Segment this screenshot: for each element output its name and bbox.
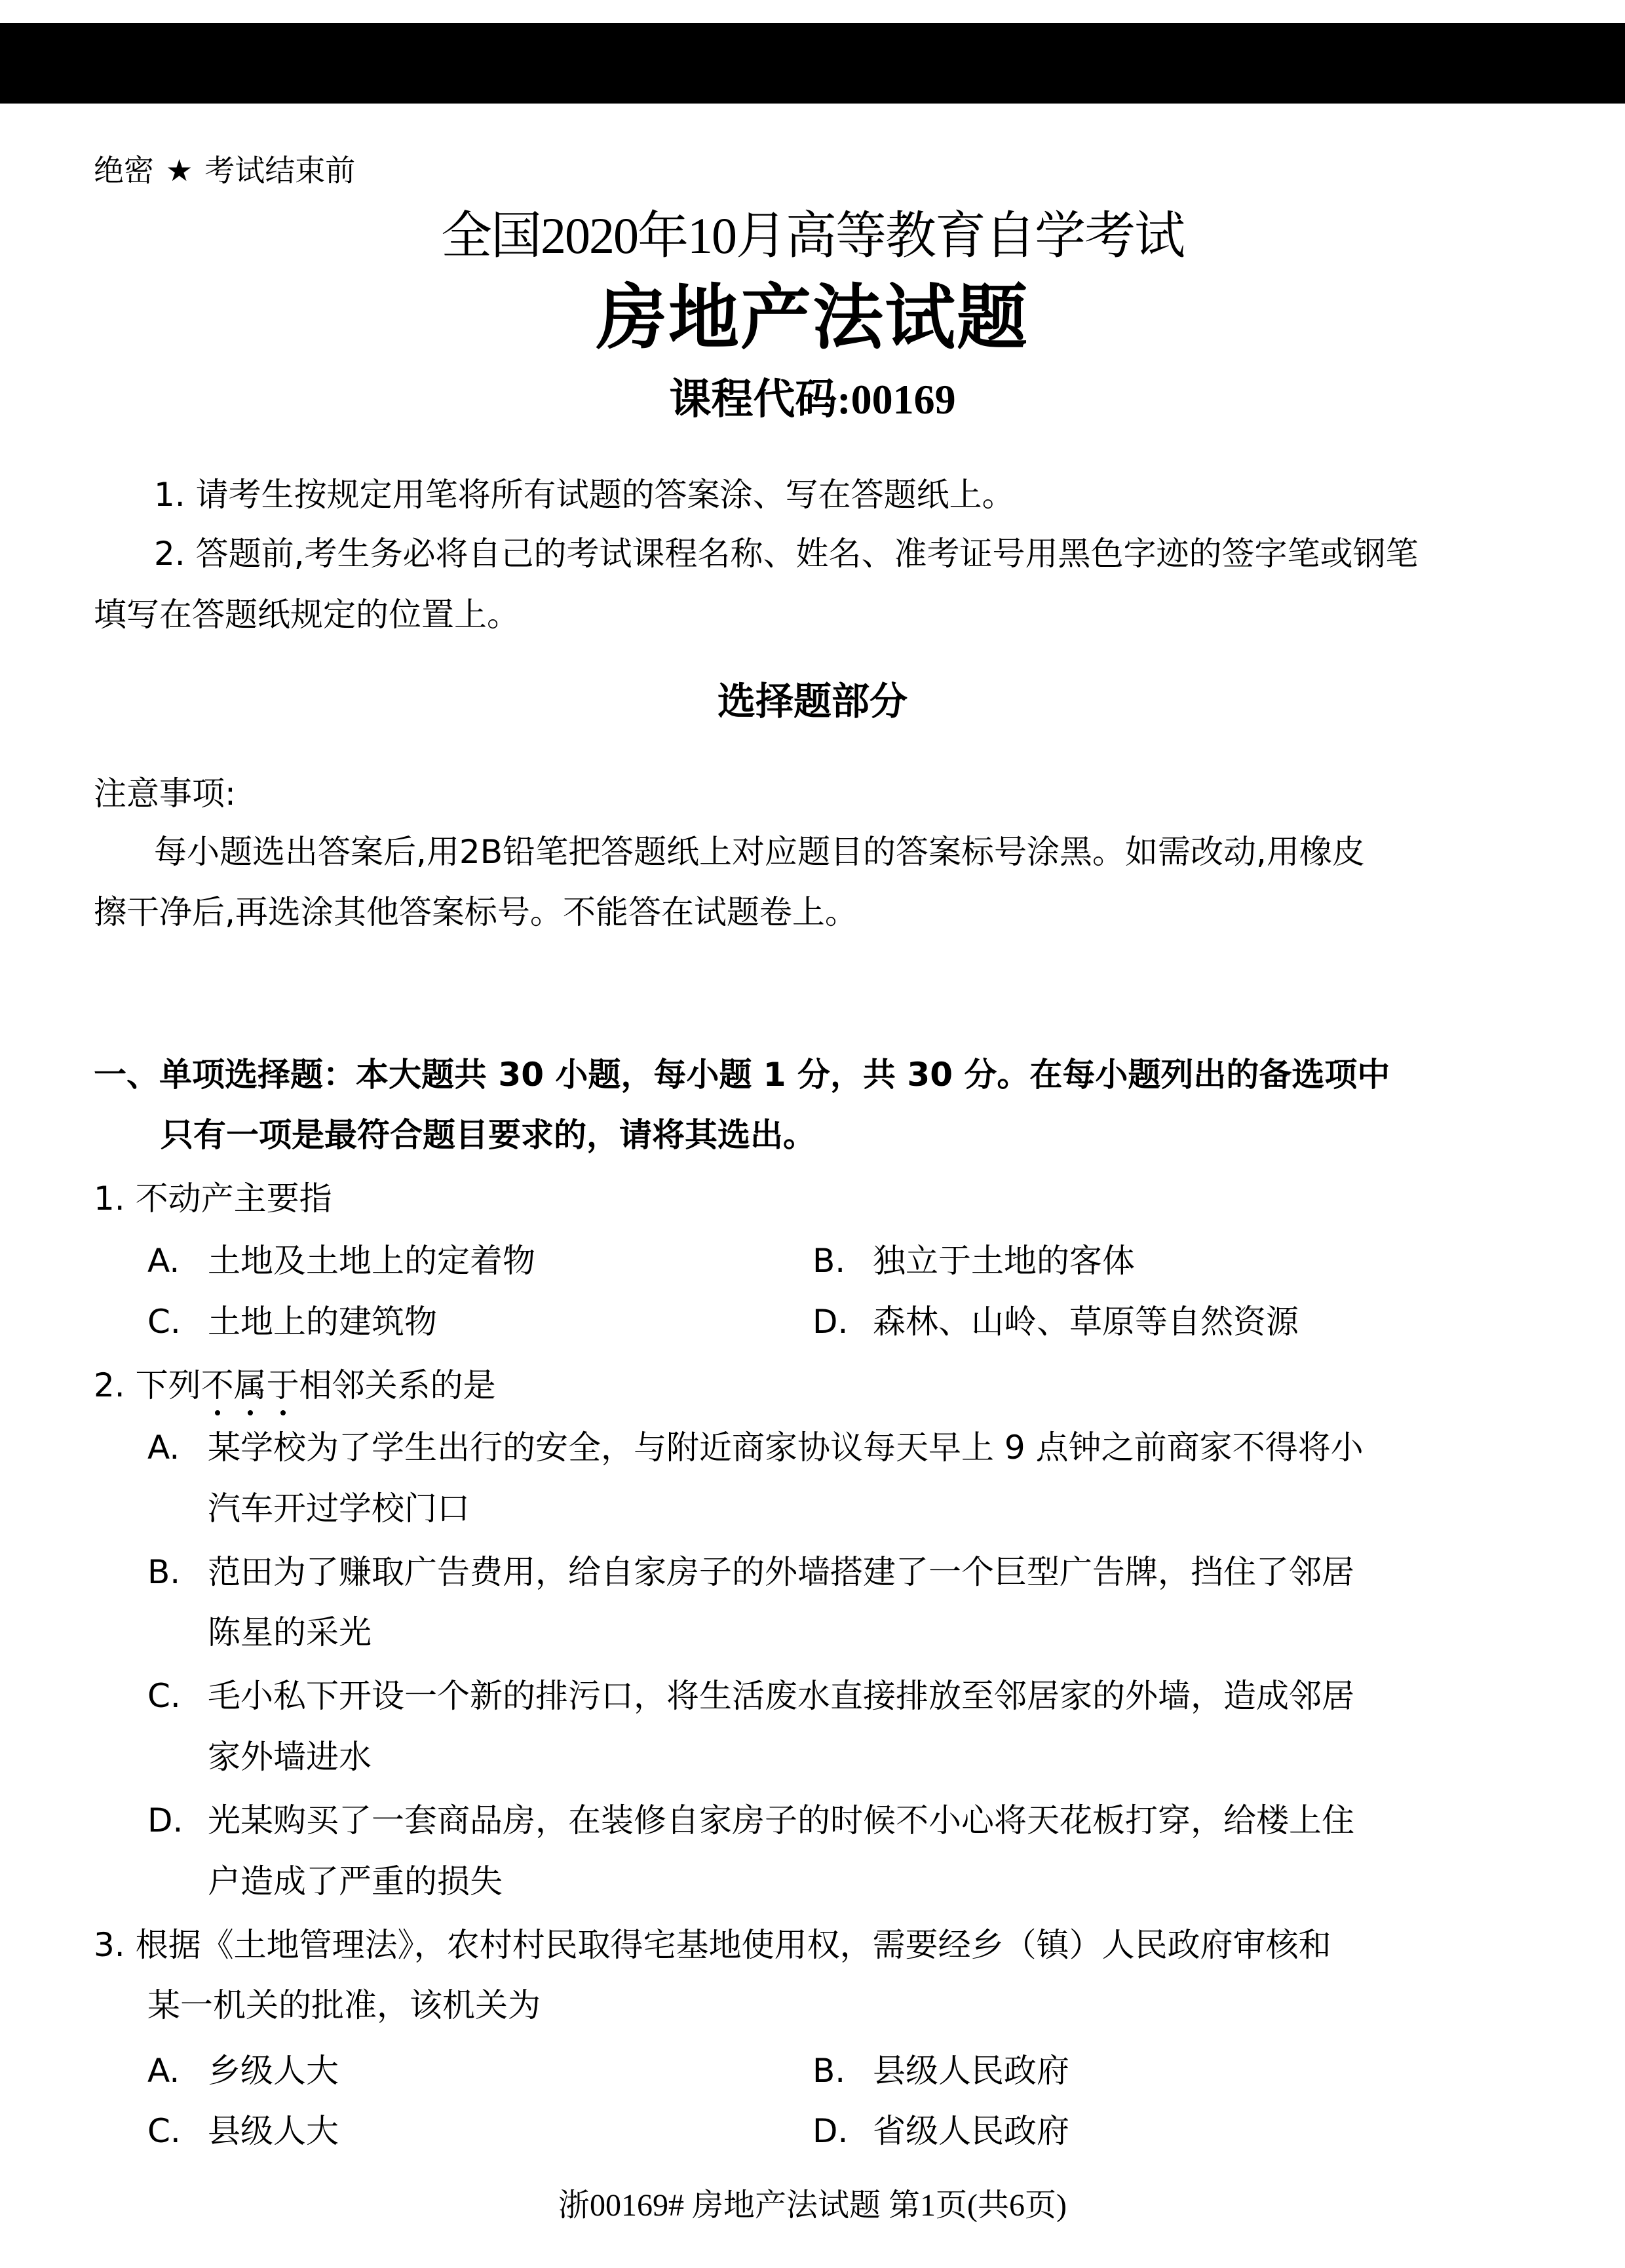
option-text: 某学校为了学生出行的安全，与附近商家协议每天早上 9 点钟之前商家不得将小: [208, 1429, 1364, 1467]
instruction-2-cont: 填写在答题纸规定的位置上。: [94, 594, 520, 636]
question-number: 1.: [94, 1180, 125, 1218]
question-1-option-b: B.独立于土地的客体: [812, 1240, 1135, 1282]
option-label: B.: [147, 1551, 208, 1593]
exam-title: 全国2020年10月高等教育自学考试: [0, 204, 1625, 267]
part-title: 选择题部分: [0, 678, 1625, 725]
instruction-2: 2. 答题前,考生务必将自己的考试课程名称、姓名、准考证号用黑色字迹的签字笔或钢…: [154, 533, 1419, 575]
secret-note: 考试结束前: [204, 153, 355, 188]
question-3-option-d: D.省级人民政府: [812, 2110, 1069, 2152]
option-text: 森林、山岭、草原等自然资源: [873, 1303, 1299, 1341]
question-3-stem-cont: 某一机关的批准，该机关为: [147, 1984, 541, 2026]
option-label: B.: [812, 2050, 873, 2092]
notice-line-1: 每小题选出答案后,用2B铅笔把答题纸上对应题目的答案标号涂黑。如需改动,用橡皮: [154, 831, 1365, 873]
secret-label: 绝密: [94, 153, 154, 188]
question-1-option-a: A.土地及土地上的定着物: [147, 1240, 535, 1282]
confidentiality-note: 绝密★考试结束前: [94, 152, 355, 189]
question-2-option-b: B.范田为了赚取广告费用，给自家房子的外墙搭建了一个巨型广告牌，挡住了邻居: [147, 1551, 1354, 1593]
emphasis-char: 属: [234, 1364, 267, 1406]
option-text: 县级人大: [208, 2112, 339, 2150]
question-2-option-c: C.毛小私下开设一个新的排污口，将生活废水直接排放至邻居家的外墙，造成邻居: [147, 1675, 1354, 1717]
question-1-option-d: D.森林、山岭、草原等自然资源: [812, 1301, 1299, 1343]
question-2-stem: 2. 下列不属于相邻关系的是: [94, 1364, 496, 1406]
option-label: C.: [147, 1675, 208, 1717]
option-label: B.: [812, 1240, 873, 1282]
option-text: 乡级人大: [208, 2052, 339, 2090]
question-2-option-a-cont: 汽车开过学校门口: [208, 1488, 470, 1529]
question-number: 3.: [94, 1926, 125, 1964]
question-2-option-b-cont: 陈星的采光: [208, 1611, 372, 1653]
question-3-stem: 3. 根据《土地管理法》，农村村民取得宅基地使用权，需要经乡（镇）人民政府审核和: [94, 1924, 1331, 1966]
question-text-before: 下列: [136, 1366, 201, 1404]
question-1-option-c: C.土地上的建筑物: [147, 1301, 437, 1343]
question-text: 不动产主要指: [136, 1180, 332, 1218]
question-2-option-c-cont: 家外墙进水: [208, 1736, 372, 1778]
option-label: C.: [147, 1301, 208, 1343]
question-3-option-b: B.县级人民政府: [812, 2050, 1069, 2092]
option-label: C.: [147, 2110, 208, 2152]
notice-line-2: 擦干净后,再选涂其他答案标号。不能答在试题卷上。: [94, 891, 858, 933]
option-text: 毛小私下开设一个新的排污口，将生活废水直接排放至邻居家的外墙，造成邻居: [208, 1677, 1354, 1715]
emphasis-char: 于: [267, 1364, 299, 1406]
option-text: 范田为了赚取广告费用，给自家房子的外墙搭建了一个巨型广告牌，挡住了邻居: [208, 1553, 1354, 1591]
option-text: 土地及土地上的定着物: [208, 1242, 535, 1280]
question-2-option-d: D.光某购买了一套商品房，在装修自家房子的时候不小心将天花板打穿，给楼上住: [147, 1799, 1354, 1841]
page-footer: 浙00169# 房地产法试题 第1页(共6页): [0, 2186, 1625, 2225]
option-label: A.: [147, 2050, 208, 2092]
question-3-option-a: A.乡级人大: [147, 2050, 339, 2092]
instruction-1: 1. 请考生按规定用笔将所有试题的答案涂、写在答题纸上。: [154, 474, 1015, 516]
question-text-after: 相邻关系的是: [299, 1366, 496, 1404]
course-code: 课程代码:00169: [0, 374, 1625, 426]
question-3-option-c: C.县级人大: [147, 2110, 339, 2152]
option-text: 光某购买了一套商品房，在装修自家房子的时候不小心将天花板打穿，给楼上住: [208, 1801, 1354, 1839]
scan-top-black-bar: [0, 23, 1625, 104]
question-text: 根据《土地管理法》，农村村民取得宅基地使用权，需要经乡（镇）人民政府审核和: [136, 1926, 1331, 1964]
option-label: A.: [147, 1427, 208, 1469]
option-label: D.: [812, 2110, 873, 2152]
option-text: 独立于土地的客体: [873, 1242, 1135, 1280]
question-1-stem: 1. 不动产主要指: [94, 1178, 332, 1220]
subject-title: 房地产法试题: [0, 278, 1625, 359]
option-text: 县级人民政府: [873, 2052, 1069, 2090]
option-text: 土地上的建筑物: [208, 1303, 437, 1341]
emphasis-char: 不: [201, 1364, 234, 1406]
option-label: D.: [812, 1301, 873, 1343]
question-2-option-d-cont: 户造成了严重的损失: [208, 1860, 503, 1902]
option-text: 省级人民政府: [873, 2112, 1069, 2150]
notice-label: 注意事项:: [94, 773, 236, 815]
option-label: D.: [147, 1799, 208, 1841]
question-2-option-a: A.某学校为了学生出行的安全，与附近商家协议每天早上 9 点钟之前商家不得将小: [147, 1427, 1364, 1469]
question-number: 2.: [94, 1366, 125, 1404]
section-heading: 一、单项选择题：本大题共 30 小题，每小题 1 分，共 30 分。在每小题列出…: [94, 1054, 1390, 1096]
star-icon: ★: [166, 153, 193, 188]
section-heading-cont: 只有一项是最符合题目要求的，请将其选出。: [161, 1114, 816, 1156]
option-label: A.: [147, 1240, 208, 1282]
